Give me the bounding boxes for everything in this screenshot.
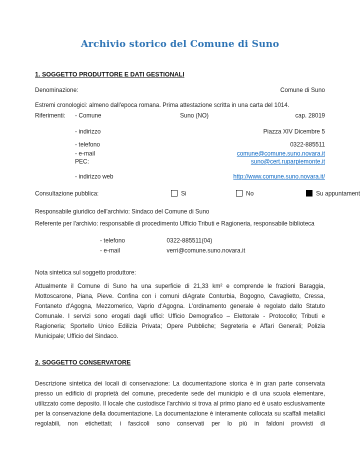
riferimenti-sublabel: - e-mail [75,150,180,158]
descrizione-paragraph: Descrizione sintetica dei locali di cons… [35,379,325,429]
email-link[interactable]: comune@comune.suno.novara.it [237,150,325,157]
riferimenti-row-indirizzo: - indirizzo Piazza XIV Dicembre 5 [35,128,325,136]
section2-heading: 2. SOGGETTO CONSERVATORE [35,359,325,367]
referente-email-value: verri@comune.suno.novara.it [167,247,245,254]
checkbox-si[interactable] [171,190,178,197]
riferimenti-sublabel: PEC: [75,158,180,166]
consultazione-row: Consultazione pubblica: Si No Su appunta… [35,190,325,198]
denominazione-value: Comune di Suno [280,87,325,95]
nota-sintetica-paragraph: Attualmente il Comune di Suno ha una sup… [35,281,325,341]
option-no: No [236,190,306,198]
riferimenti-row-pec: PEC: suno@cert.ruparpiemonte.it [35,158,325,166]
riferimenti-center-value: Suno (NO) [180,112,255,120]
denominazione-label: Denominazione: [35,87,78,95]
referente-telefono-value: 0322-885511(04) [167,237,213,244]
document-page: Archivio storico del Comune di Suno 1. S… [0,0,360,466]
document-viewport: Archivio storico del Comune di Suno 1. S… [0,0,360,466]
option-su-appuntamento: Su appuntamento [306,190,360,198]
referente-email-row: - e-mail verri@comune.suno.novara.it [35,247,325,255]
riferimenti-sublabel: - indirizzo web [75,173,180,181]
indirizzo-value: Piazza XIV Dicembre 5 [180,128,325,136]
option-si: Si [171,190,236,198]
document-title: Archivio storico del Comune di Suno [35,38,325,50]
nota-sintetica-label: Nota sintetica sul soggetto produttore: [35,269,325,277]
denominazione-row: Denominazione: Comune di Suno [35,87,325,95]
website-link[interactable]: http://www.comune.suno.novara.it/ [233,173,325,180]
riferimenti-row-comune: Riferimenti: - Comune Suno (NO) cap. 280… [35,112,325,120]
riferimenti-row-telefono: - telefono 0322-885511 [35,141,325,149]
checkbox-su-appuntamento[interactable] [306,190,313,197]
riferimenti-row-email: - e-mail comune@comune.suno.novara.it [35,150,325,158]
estremi-cronologici-line: Estremi cronologici: almeno dall'epoca r… [35,102,325,110]
consultazione-label: Consultazione pubblica: [35,190,135,198]
pec-link[interactable]: suno@cert.ruparpiemonte.it [251,158,325,165]
referente-telefono-label: - telefono [100,237,165,245]
referente-line: Referente per l'archivio: responsabile d… [35,220,325,228]
checkbox-no[interactable] [236,190,243,197]
riferimenti-sublabel: - Comune [75,112,180,120]
riferimenti-sublabel: - indirizzo [75,128,180,136]
riferimenti-cap-value: cap. 28019 [255,112,325,120]
responsabile-line: Responsabile giuridico dell'archivio: Si… [35,208,325,216]
riferimenti-sublabel: - telefono [75,141,180,149]
section1-heading: 1. SOGGETTO PRODUTTORE E DATI GESTIONALI [35,71,325,79]
riferimenti-label: Riferimenti: [35,112,75,120]
referente-email-label: - e-mail [100,247,165,255]
riferimenti-row-web: - indirizzo web http://www.comune.suno.n… [35,173,325,181]
telefono-value: 0322-885511 [180,141,325,149]
referente-telefono-row: - telefono 0322-885511(04) [35,237,325,245]
